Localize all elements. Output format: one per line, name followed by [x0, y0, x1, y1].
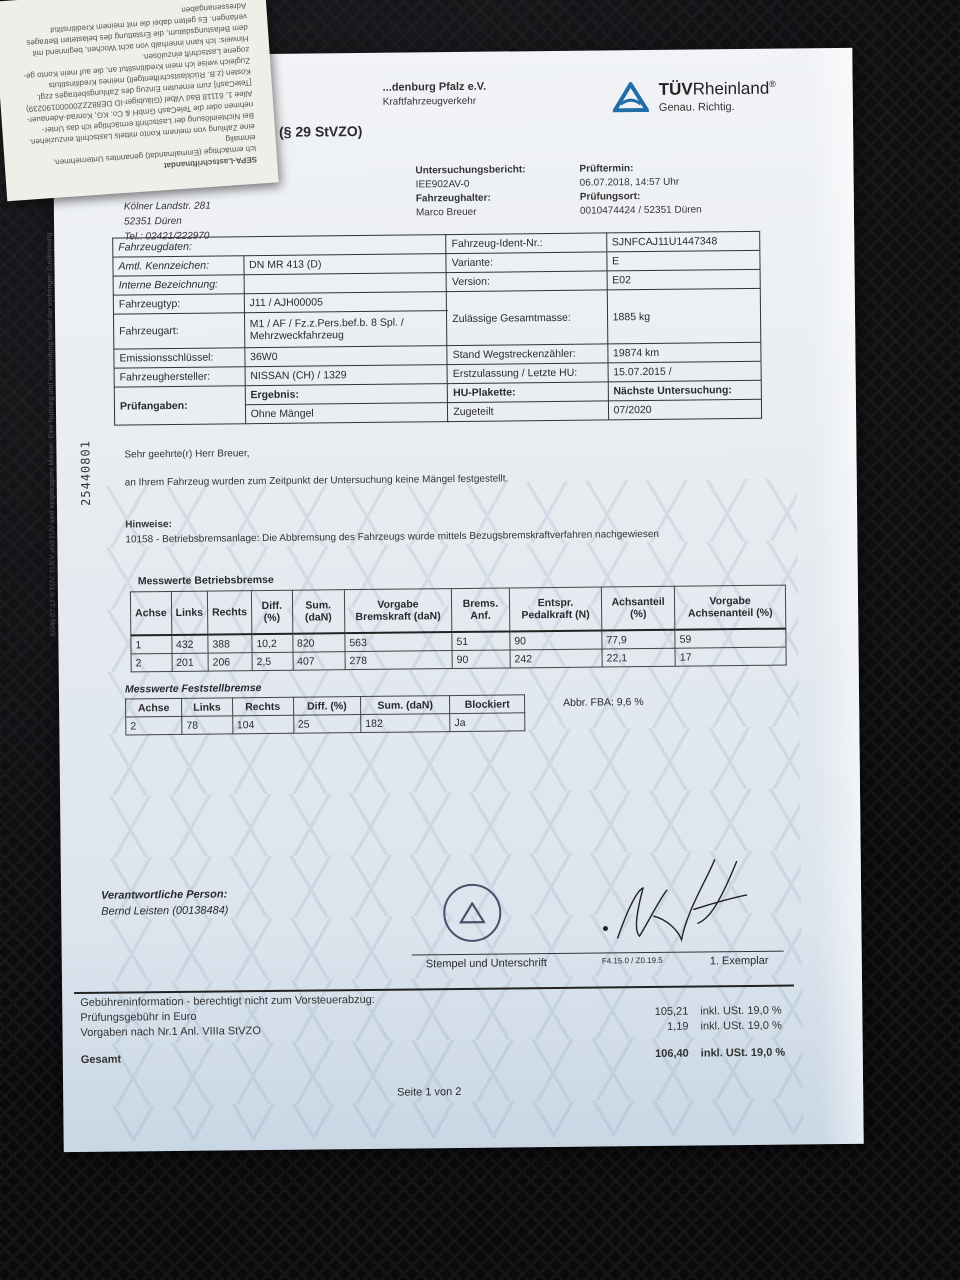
total-amount: 106,40 — [619, 1047, 689, 1063]
service-brake-cell: 407 — [293, 652, 346, 671]
table-row: 27810425182Ja — [126, 713, 525, 735]
parking-brake-cell: Ja — [450, 713, 525, 732]
brand-name: TÜVRheinland® — [659, 79, 776, 100]
registered-mark: ® — [769, 79, 776, 89]
service-brake-cell: 1 — [131, 635, 172, 654]
variant-label: Variante: — [446, 252, 607, 273]
registration-label: Erstzulassung / Letzte HU: — [447, 363, 608, 384]
parking-brake-header: Rechts — [232, 697, 293, 716]
service-brake-cell: 206 — [208, 653, 252, 671]
vin-value: SJNFCAJ11U1447348 — [606, 231, 760, 252]
service-brake-cell: 51 — [452, 631, 510, 650]
service-brake-header: Vorgabe Achsenanteil (%) — [675, 585, 786, 630]
owner-label: Fahrzeughalter: — [416, 191, 526, 206]
odometer-label: Stand Wegstreckenzähler: — [447, 344, 608, 365]
kind-value: M1 / AF / Fz.z.Pers.bef.b. 8 Spl. / Mehr… — [244, 311, 447, 348]
parking-brake-title: Messwerte Feststellbremse — [125, 682, 262, 695]
brand-slogan: Genau. Richtig. — [659, 101, 776, 114]
parking-brake-header: Links — [182, 698, 233, 717]
fee-information: Gebühreninformation - berechtigt nicht z… — [80, 988, 797, 1067]
official-stamp — [443, 884, 502, 943]
parking-brake-cell: 25 — [293, 715, 361, 734]
service-brake-header: Entspr. Pedalkraft (N) — [509, 587, 602, 631]
parking-brake-table: AchseLinksRechtsDiff. (%)Sum. (daN)Block… — [125, 694, 525, 735]
next-inspection-value: 07/2020 — [608, 399, 762, 420]
kind-label: Fahrzeugart: — [113, 313, 244, 349]
internal-value — [244, 273, 447, 294]
service-brake-header: Rechts — [207, 591, 251, 635]
parking-brake-header: Sum. (daN) — [360, 696, 449, 715]
parking-brake-cell: 78 — [182, 716, 233, 735]
inspection-date: 06.07.2018, 14:57 Uhr — [580, 175, 702, 190]
inspection-place: 0010474424 / 52351 Düren — [580, 203, 702, 218]
service-brake-header: Brems. Anf. — [451, 588, 509, 632]
plate-label: Amtl. Kennzeichen: — [113, 256, 244, 276]
brand-rest: Rheinland — [693, 79, 770, 99]
page-number: Seite 1 von 2 — [397, 1086, 461, 1099]
person-name: Bernd Leisten (00138484) — [101, 902, 228, 919]
fee-tax: inkl. USt. 19,0 % — [700, 1018, 796, 1034]
service-brake-cell: 59 — [675, 629, 786, 649]
stamp-triangle-icon — [459, 902, 485, 924]
service-brake-cell: 90 — [452, 650, 510, 669]
inspection-report-page: ...denburg Pfalz e.V. Kraftfahrzeugverke… — [52, 48, 863, 1152]
service-brake-cell: 820 — [292, 633, 345, 652]
salutation: Sehr geehrte(r) Herr Breuer, — [124, 448, 249, 460]
service-brake-table: AchseLinksRechtsDiff. (%)Sum. (daN)Vorga… — [130, 585, 787, 673]
internal-label: Interne Bezeichnung: — [113, 275, 244, 295]
odometer-value: 19874 km — [607, 342, 761, 363]
next-inspection-label: Nächste Untersuchung: — [608, 380, 762, 401]
service-brake-header: Links — [171, 591, 208, 635]
place-label: Prüfungsort: — [580, 189, 702, 204]
org-name: ...denburg Pfalz e.V. — [383, 81, 487, 94]
parking-brake-cell: 182 — [361, 714, 450, 733]
result-label: Ergebnis: — [245, 384, 448, 405]
parking-brake-cell: 104 — [232, 715, 293, 734]
brand-bold: TÜV — [659, 80, 693, 99]
tuv-logo: TÜVRheinland® Genau. Richtig. — [613, 79, 777, 115]
fee-amount: 105,21 — [618, 1005, 688, 1021]
mass-label: Zulässige Gesamtmasse: — [447, 290, 608, 346]
notes: Hinweise: 10158 - Betriebsbremsanlage: D… — [125, 512, 685, 548]
form-code: F4.15.0 / Z0.19.5 — [602, 956, 663, 966]
service-brake-cell: 278 — [345, 651, 452, 670]
service-brake-header: Sum. (daN) — [292, 590, 345, 634]
stamp-label: Stempel und Unterschrift — [426, 957, 547, 970]
sticker-value: Zugeteilt — [448, 401, 609, 422]
parking-brake-header: Achse — [126, 698, 182, 717]
address-street: Kölner Landstr. 281 — [124, 199, 211, 215]
fee-amount: 1,19 — [618, 1020, 688, 1036]
law-reference: (§ 29 StVZO) — [279, 123, 362, 140]
fba-value: Abbr. FBA: 9,6 % — [563, 696, 644, 709]
parking-brake-cell: 2 — [126, 716, 182, 735]
service-brake-cell: 90 — [510, 630, 602, 649]
parking-brake-header: Diff. (%) — [293, 697, 361, 716]
sepa-receipt: SEPA-LastschriftmandatIch ermächtige (Ei… — [0, 0, 279, 201]
plate-value: DN MR 413 (D) — [244, 254, 447, 275]
vehicle-data-table: Fahrzeugdaten: Fahrzeug-Ident-Nr.: SJNFC… — [112, 231, 762, 426]
service-brake-cell: 22,1 — [602, 648, 675, 667]
report-meta-left: Untersuchungsbericht: IEE902AV-0 Fahrzeu… — [415, 163, 526, 220]
registration-value: 15.07.2015 / — [608, 361, 762, 382]
emission-value: 36W0 — [244, 346, 447, 367]
report-meta-right: Prüftermin: 06.07.2018, 14:57 Uhr Prüfun… — [579, 161, 701, 218]
result-value: Ohne Mängel — [245, 403, 448, 424]
service-brake-header: Achse — [130, 592, 171, 636]
report-number-label: Untersuchungsbericht: — [415, 163, 525, 178]
total-tax: inkl. USt. 19,0 % — [701, 1045, 797, 1061]
service-brake-header: Achsanteil (%) — [601, 586, 675, 630]
service-brake-cell: 201 — [172, 653, 209, 671]
sticker-label: HU-Plakette: — [447, 382, 608, 403]
fee-tax: inkl. USt. 19,0 % — [700, 1003, 796, 1019]
serial-number: 25440801 — [78, 440, 93, 506]
version-label: Version: — [446, 271, 607, 292]
service-brake-title: Messwerte Betriebsbremse — [138, 574, 274, 587]
report-number: IEE902AV-0 — [416, 177, 526, 192]
type-label: Fahrzeugtyp: — [113, 294, 244, 314]
service-brake-header: Diff. (%) — [251, 590, 292, 634]
emission-label: Emissionsschlüssel: — [114, 348, 245, 368]
address-city: 52351 Düren — [124, 214, 211, 230]
service-brake-header: Vorgabe Bremskraft (daN) — [344, 589, 452, 634]
tuv-triangle-icon — [613, 82, 649, 112]
service-brake-cell: 242 — [510, 649, 602, 668]
version-value: E02 — [607, 269, 761, 290]
org-header: ...denburg Pfalz e.V. Kraftfahrzeugverke… — [383, 80, 487, 110]
variant-value: E — [606, 250, 760, 271]
copy-label: 1. Exemplar — [710, 955, 769, 968]
test-label: Prüfangaben: — [114, 386, 245, 425]
maker-label: Fahrzeughersteller: — [114, 367, 245, 387]
service-brake-cell: 388 — [208, 634, 252, 653]
maker-value: NISSAN (CH) / 1329 — [245, 365, 448, 386]
parking-brake-header: Blockiert — [450, 695, 525, 714]
date-label: Prüftermin: — [579, 161, 701, 176]
type-value: J11 / AJH00005 — [244, 292, 447, 313]
person-label: Verantwortliche Person: — [101, 886, 228, 903]
service-brake-cell: 2 — [131, 654, 172, 672]
service-brake-cell: 2,5 — [252, 652, 293, 670]
org-subline: Kraftfahrzeugverkehr — [383, 96, 477, 108]
signature-scribble — [597, 849, 758, 951]
service-brake-cell: 10,2 — [252, 634, 293, 653]
service-brake-cell: 432 — [171, 635, 208, 654]
service-brake-cell: 563 — [345, 632, 452, 652]
service-brake-cell: 77,9 — [602, 630, 675, 649]
owner-name: Marco Breuer — [416, 205, 526, 220]
service-brake-cell: 17 — [675, 647, 786, 666]
vin-label: Fahrzeug-Ident-Nr.: — [446, 233, 607, 254]
responsible-person: Verantwortliche Person: Bernd Leisten (0… — [101, 886, 229, 919]
mass-value: 1885 kg — [607, 288, 761, 344]
